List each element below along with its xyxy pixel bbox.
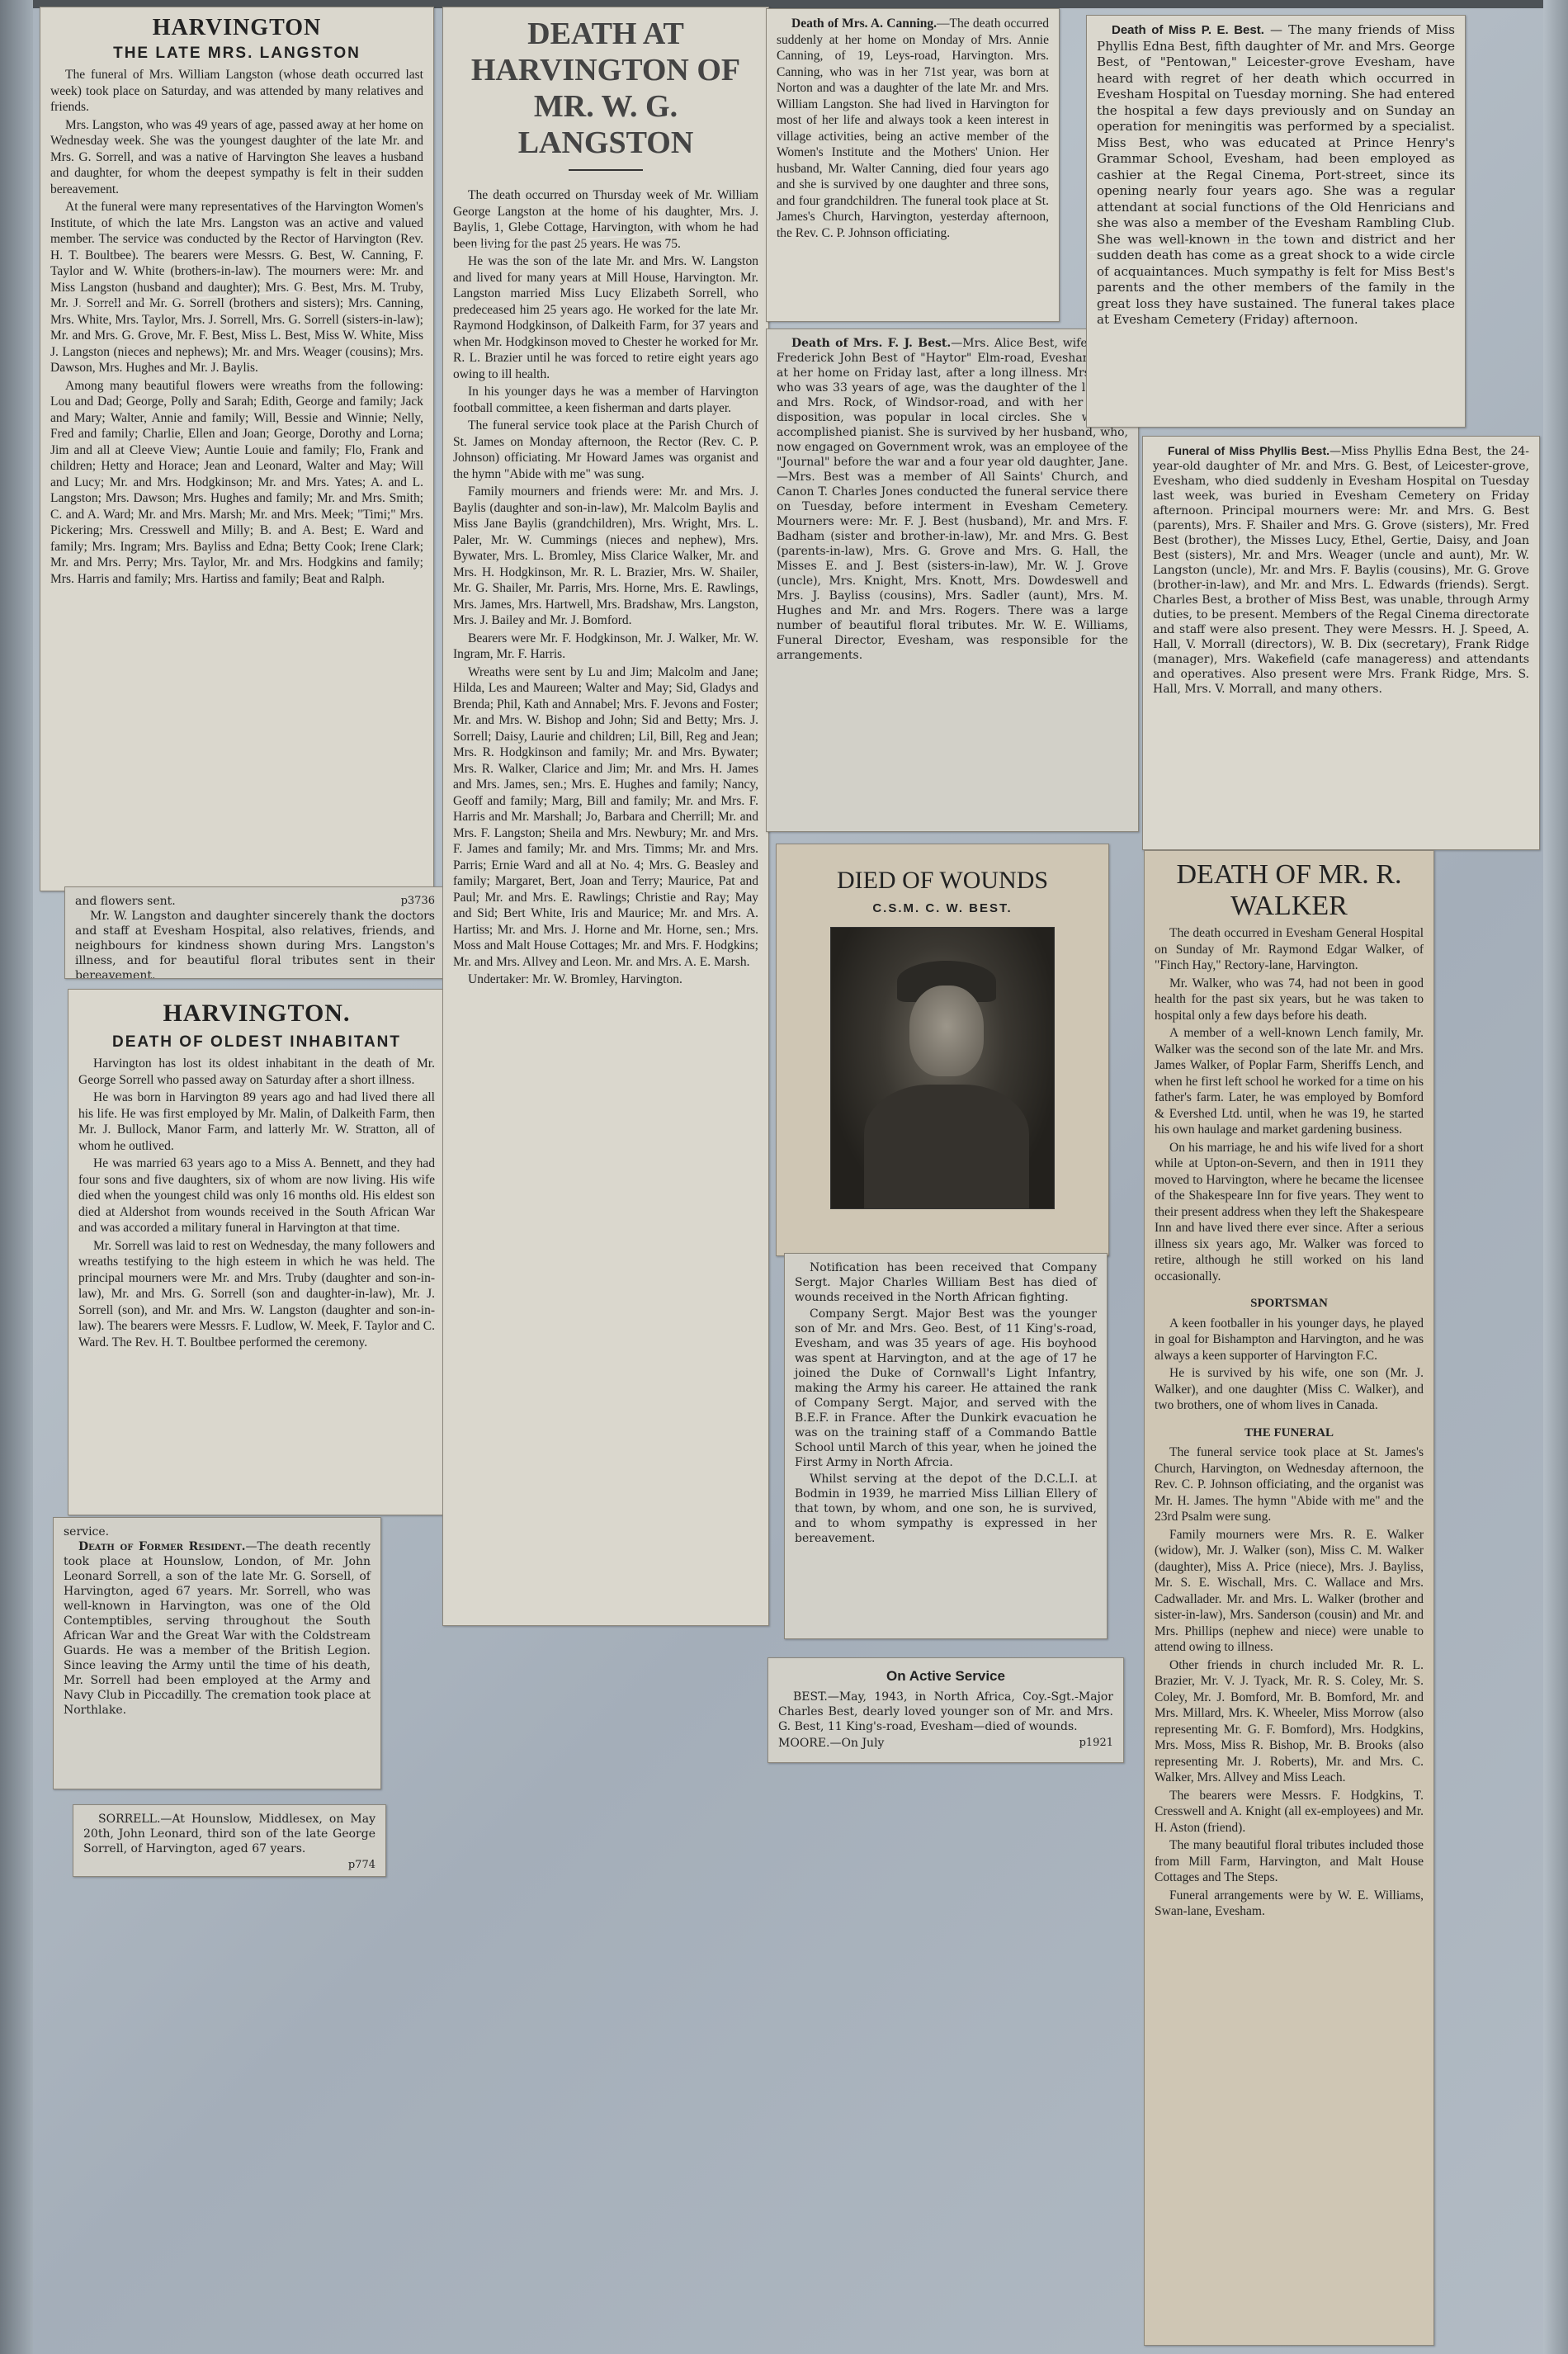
paragraph: The funeral service took place at St. Ja… (1155, 1444, 1424, 1525)
paragraph: He was married 63 years ago to a Miss A.… (78, 1156, 435, 1236)
paragraph: Whilst serving at the depot of the D.C.L… (795, 1472, 1097, 1546)
notice-ref: p1921 (1079, 1736, 1113, 1751)
clipping-body: —Miss Phyllis Edna Best, the 24-year-old… (1153, 445, 1529, 696)
paragraph: At the funeral were many representatives… (50, 199, 423, 376)
paragraph: The funeral service took place at the Pa… (453, 418, 758, 482)
paragraph: Company Sergt. Major Best was the younge… (795, 1307, 1097, 1470)
clipping-body: —The death occurred suddenly at her home… (777, 17, 1049, 240)
paragraph: Among many beautiful flowers were wreath… (50, 378, 423, 588)
clipping-place: HARVINGTON (50, 16, 423, 40)
paragraph: The many beautiful floral tributes inclu… (1155, 1837, 1424, 1886)
clipping-lead: Death of Former Resident. (78, 1540, 246, 1553)
paragraph: Bearers were Mr. F. Hodgkinson, Mr. J. W… (453, 631, 758, 663)
notice-body: Mr. W. Langston and daughter sincerely t… (75, 909, 435, 979)
clipping-lead: Death of Mrs. F. J. Best. (791, 337, 951, 350)
notice-ref-top: p3736 (401, 894, 435, 909)
clipping-pe-best: Death of Miss P. E. Best. — The many fri… (1086, 15, 1466, 428)
subhead-funeral: THE FUNERAL (1155, 1425, 1424, 1442)
paragraph: Harvington has lost its oldest inhabitan… (78, 1056, 435, 1088)
clipping-lead: Death of Mrs. A. Canning. (791, 17, 937, 31)
paragraph: Undertaker: Mr. W. Bromley, Harvington. (453, 971, 758, 988)
paragraph: The death occurred in Evesham General Ho… (1155, 925, 1424, 974)
paragraph: He was born in Harvington 89 years ago a… (78, 1090, 435, 1154)
clipping-headline: On Active Service (778, 1666, 1113, 1686)
divider (569, 169, 643, 171)
clipping-former-resident: service. Death of Former Resident.—The d… (53, 1517, 381, 1789)
subhead-sportsman: SPORTSMAN (1155, 1296, 1424, 1312)
paragraph: In his younger days he was a member of H… (453, 384, 758, 416)
paragraph: Funeral arrangements were by W. E. Willi… (1155, 1888, 1424, 1920)
paragraph: Mrs. Langston, who was 49 years of age, … (50, 117, 423, 198)
clipping-oldest-inhabitant: HARVINGTON. DEATH OF OLDEST INHABITANT H… (68, 989, 446, 1515)
paragraph: Family mourners and friends were: Mr. an… (453, 484, 758, 629)
fragment-text: MOORE.—On July (778, 1736, 1113, 1751)
paragraph: On his marriage, he and his wife lived f… (1155, 1140, 1424, 1285)
clipping-canning: Death of Mrs. A. Canning.—The death occu… (766, 8, 1060, 322)
clipping-headline: DEATH OF MR. R. WALKER (1155, 859, 1424, 922)
clipping-wg-langston: DEATH AT HARVINGTON OF MR. W. G. LANGSTO… (442, 7, 769, 1626)
clipping-subhead: C.S.M. C. W. BEST. (786, 899, 1098, 919)
notice-ref: p774 (348, 1858, 375, 1873)
paragraph: The death occurred on Thursday week of M… (453, 187, 758, 252)
clipping-r-walker: DEATH OF MR. R. WALKER The death occurre… (1144, 850, 1434, 2346)
clipping-died-of-wounds: DIED OF WOUNDS C.S.M. C. W. BEST. (776, 844, 1109, 1256)
album-page-left-edge (0, 0, 33, 2354)
clipping-body: —The death recently took place at Hounsl… (64, 1540, 371, 1717)
paragraph: A member of a well-known Lench family, M… (1155, 1025, 1424, 1138)
clipping-place: HARVINGTON. (78, 998, 435, 1029)
notice-body: BEST.—May, 1943, in North Africa, Coy.-S… (778, 1690, 1113, 1734)
clipping-body: —Mrs. Alice Best, wife of Mr. Frederick … (777, 337, 1128, 662)
fragment-text: service. (64, 1524, 371, 1539)
paragraph: Family mourners were Mrs. R. E. Walker (… (1155, 1527, 1424, 1656)
clipping-lead: Death of Miss P. E. Best. (1112, 23, 1264, 37)
clipping-late-mrs-langston: HARVINGTON THE LATE MRS. LANGSTON The fu… (40, 7, 434, 891)
clipping-body: — The many friends of Miss Phyllis Edna … (1097, 22, 1455, 327)
paragraph: Mr. Sorrell was laid to rest on Wednesda… (78, 1238, 435, 1351)
notice-first-line: and flowers sent. (75, 895, 176, 908)
album-page-right-edge (1543, 0, 1568, 2354)
clipping-thanks-notice: p3736 and flowers sent. Mr. W. Langston … (64, 886, 446, 979)
soldier-face (909, 986, 984, 1076)
clipping-died-of-wounds-text: Notification has been received that Comp… (784, 1253, 1108, 1639)
clipping-fj-best: Death of Mrs. F. J. Best.—Mrs. Alice Bes… (766, 329, 1139, 832)
clipping-lead: Funeral of Miss Phyllis Best. (1168, 444, 1329, 457)
clipping-sorrell-notice: SORRELL.—At Hounslow, Middlesex, on May … (73, 1804, 386, 1877)
paragraph: He was the son of the late Mr. and Mrs. … (453, 253, 758, 382)
clipping-phyllis-funeral: Funeral of Miss Phyllis Best.—Miss Phyll… (1142, 436, 1540, 850)
paragraph: Notification has been received that Comp… (795, 1260, 1097, 1305)
paragraph: A keen footballer in his younger days, h… (1155, 1316, 1424, 1364)
portrait-photo (830, 927, 1055, 1209)
paragraph: The bearers were Messrs. F. Hodgkins, T.… (1155, 1788, 1424, 1836)
clipping-on-active-service: On Active Service BEST.—May, 1943, in No… (767, 1657, 1124, 1763)
clipping-headline: DIED OF WOUNDS (786, 866, 1098, 896)
paragraph: Wreaths were sent by Lu and Jim; Malcolm… (453, 664, 758, 971)
soldier-uniform (864, 1085, 1029, 1208)
paragraph: Other friends in church included Mr. R. … (1155, 1657, 1424, 1786)
paragraph: Mr. Walker, who was 74, had not been in … (1155, 976, 1424, 1024)
clipping-headline: THE LATE MRS. LANGSTON (50, 44, 423, 64)
notice-body: SORRELL.—At Hounslow, Middlesex, on May … (83, 1812, 375, 1856)
clipping-headline: DEATH OF OLDEST INHABITANT (78, 1033, 435, 1052)
paragraph: The funeral of Mrs. William Langston (wh… (50, 67, 423, 116)
clipping-headline: DEATH AT HARVINGTON OF MR. W. G. LANGSTO… (453, 16, 758, 161)
paragraph: He is survived by his wife, one son (Mr.… (1155, 1365, 1424, 1414)
